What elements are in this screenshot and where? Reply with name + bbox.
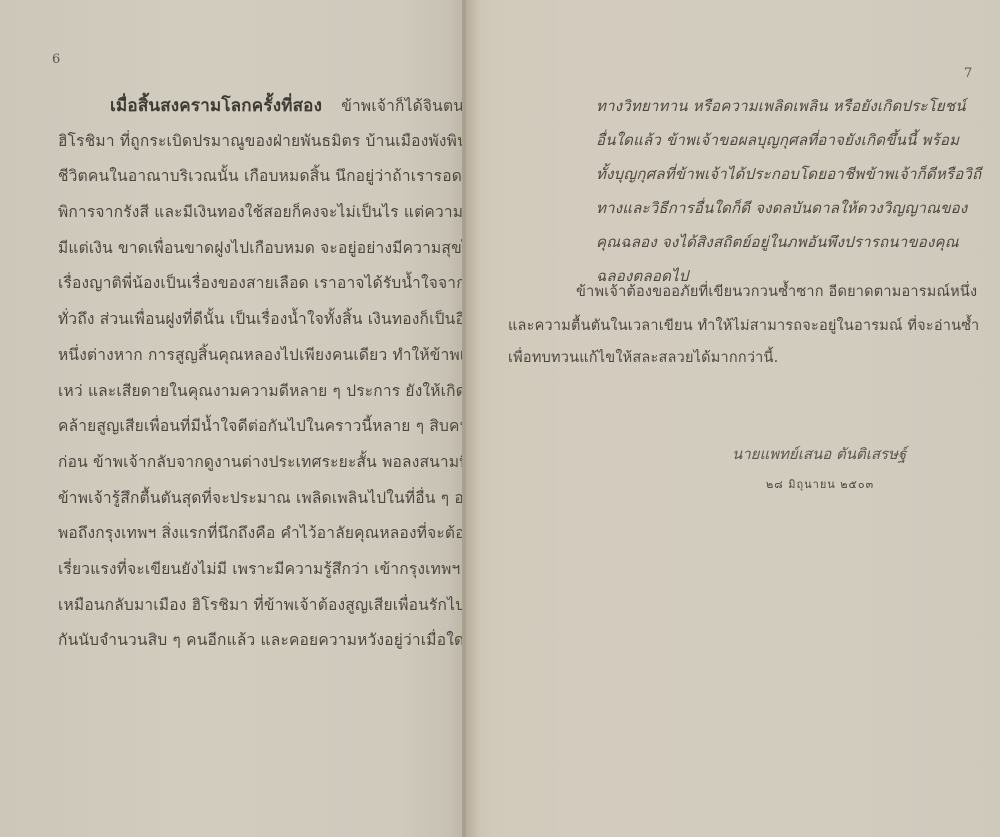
text-line: และความตื้นตันในเวลาเขียน ทำให้ไม่สามารถ… [508,314,979,337]
text-line: ฮิโรชิมา ที่ถูกระเบิดปรมาณูของฝ่ายพันธมิ… [58,128,466,153]
text-line: หนึ่งต่างหาก การสูญสิ้นคุณหลองไปเพียงคนเ… [58,342,466,367]
text-line: เหว่ และเสียดายในคุณงามความดีหลาย ๆ ประก… [58,378,466,403]
text-line: พอถึงกรุงเทพฯ สิ่งแรกที่นึกถึงคือ คำไว้อ… [58,520,466,545]
text-line: ทางและวิธีการอื่นใดก็ดี จงดลบันดาลให้ดวง… [596,196,967,220]
text-line: กันนับจำนวนสิบ ๆ คนอีกแล้ว และคอยความหวั… [58,627,466,652]
right-page: 7 ทางวิทยาทาน หรือความเพลิดเพลิน หรือยัง… [466,0,1000,837]
text-line: คุณฉลอง จงได้สิงสถิตย์อยู่ในภพอันพึงปราร… [596,230,959,254]
text-line: ข้าพเจ้าต้องขออภัยที่เขียนวกวนซ้ำซาก อีด… [576,280,977,303]
text-line: ข้าพเจ้าก็ได้จินตนาการ ถึง [341,97,466,115]
text-line: อื่นใดแล้ว ข้าพเจ้าขอผลบุญกุศลที่อาจยังเ… [596,128,959,152]
text-line: ทั้งบุญกุศลที่ข้าพเจ้าได้ประกอบโดยอาชีพข… [596,162,981,186]
signature-date: ๒๘ มิถุนายน ๒๕๐๓ [766,475,874,493]
author-signature: นายแพทย์เสนอ ตันติเสรษฐ์ [732,442,906,466]
text-line: ทั่วถึง ส่วนเพื่อนฝูงที่ดีนั้น เป็นเรื่อ… [58,306,466,331]
paragraph-opening-line: เมื่อสิ้นสงครามโลกครั้งที่สอง ข้าพเจ้าก็… [110,92,466,119]
text-line: พิการจากรังสี และมีเงินทองใช้สอยก็คงจะไม… [58,199,466,224]
text-line: เรี่ยวแรงที่จะเขียนยังไม่มี เพราะมีความร… [58,556,466,581]
section-heading: เมื่อสิ้นสงครามโลกครั้งที่สอง [110,96,322,116]
text-line: คล้ายสูญเสียเพื่อนที่มีน้ำใจดีต่อกันไปใน… [58,413,466,438]
text-line: เหมือนกลับมาเมือง ฮิโรชิมา ที่ข้าพเจ้าต้… [58,592,466,617]
text-line: ข้าพเจ้ารู้สึกตื้นตันสุดที่จะประมาณ เพลิ… [58,485,466,510]
left-page: 6 เมื่อสิ้นสงครามโลกครั้งที่สอง ข้าพเจ้า… [0,0,466,837]
text-line: มีแต่เงิน ขาดเพื่อนขาดฝูงไปเกือบหมด จะอย… [58,235,466,260]
page-number-left: 6 [52,52,60,67]
open-book-spread: 6 เมื่อสิ้นสงครามโลกครั้งที่สอง ข้าพเจ้า… [0,0,1000,837]
text-line: เพื่อทบทวนแก้ไขให้สละสลวยได้มากกว่านี้. [508,346,778,369]
text-line: ก่อน ข้าพเจ้ากลับจากดูงานต่างประเทศระยะส… [58,449,466,474]
text-line: ชีวิตคนในอาณาบริเวณนั้น เกือบหมดสิ้น นึก… [58,163,466,188]
page-number-right: 7 [964,66,972,81]
text-line: ทางวิทยาทาน หรือความเพลิดเพลิน หรือยังเก… [596,94,966,118]
text-line: เรื่องญาติพี่น้องเป็นเรื่องของสายเลือด เ… [58,270,466,295]
